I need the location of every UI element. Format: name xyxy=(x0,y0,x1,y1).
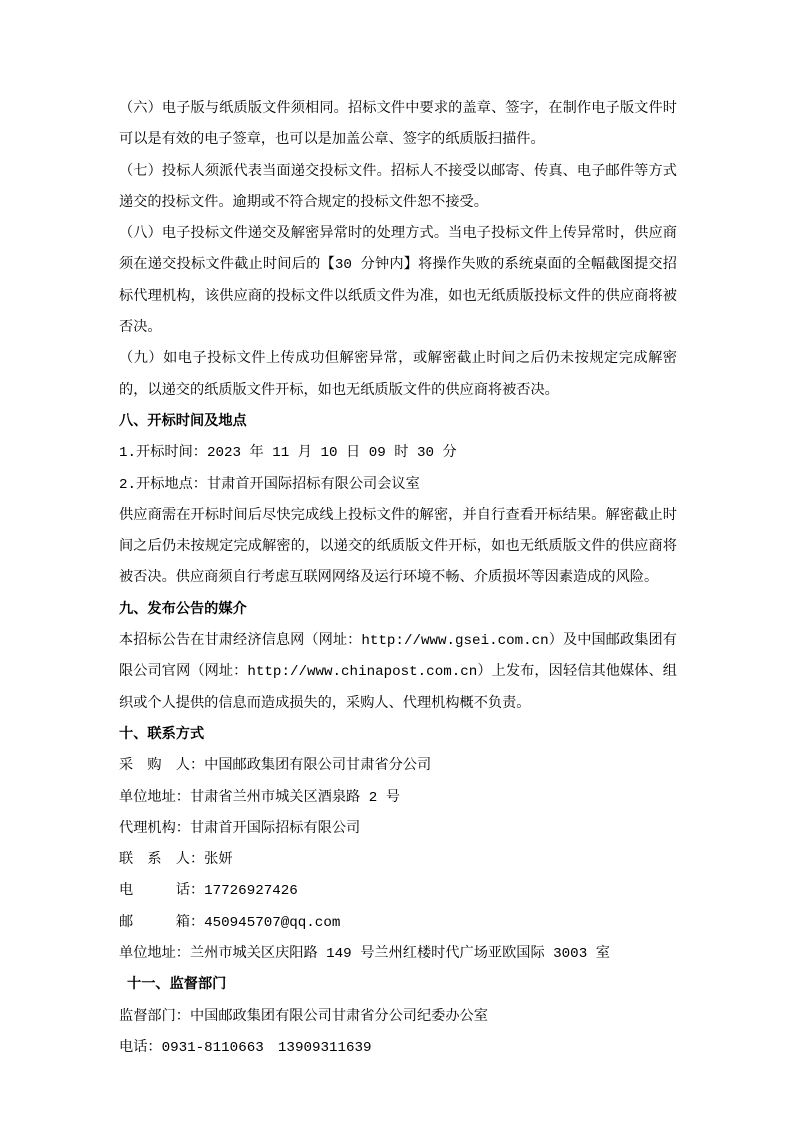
paragraph: 电话：0931-8110663 13909311639 xyxy=(119,1033,677,1064)
paragraph: （八）电子投标文件递交及解密异常时的处理方式。当电子投标文件上传异常时，供应商须… xyxy=(119,219,677,344)
paragraph: 联 系 人：张妍 xyxy=(119,845,677,876)
paragraph: 监督部门：中国邮政集团有限公司甘肃省分公司纪委办公室 xyxy=(119,1002,677,1033)
paragraph: 2.开标地点：甘肃首开国际招标有限公司会议室 xyxy=(119,470,677,501)
paragraph: 电 话：17726927426 xyxy=(119,876,677,907)
section-heading: 十一、监督部门 xyxy=(119,970,677,1001)
paragraph: （六）电子版与纸质版文件须相同。招标文件中要求的盖章、签字，在制作电子版文件时可… xyxy=(119,94,677,157)
document-content: （六）电子版与纸质版文件须相同。招标文件中要求的盖章、签字，在制作电子版文件时可… xyxy=(119,94,677,1064)
paragraph: 单位地址：甘肃省兰州市城关区酒泉路 2 号 xyxy=(119,783,677,814)
paragraph: 采 购 人：中国邮政集团有限公司甘肃省分公司 xyxy=(119,751,677,782)
paragraph: （九）如电子投标文件上传成功但解密异常，或解密截止时间之后仍未按规定完成解密的，… xyxy=(119,344,677,407)
section-heading: 八、开标时间及地点 xyxy=(119,407,677,438)
paragraph: 代理机构：甘肃首开国际招标有限公司 xyxy=(119,814,677,845)
section-heading: 九、发布公告的媒介 xyxy=(119,595,677,626)
section-heading: 十、联系方式 xyxy=(119,720,677,751)
paragraph: （七）投标人须派代表当面递交投标文件。招标人不接受以邮寄、传真、电子邮件等方式递… xyxy=(119,157,677,220)
paragraph: 1.开标时间：2023 年 11 月 10 日 09 时 30 分 xyxy=(119,438,677,469)
paragraph: 供应商需在开标时间后尽快完成线上投标文件的解密，并自行查看开标结果。解密截止时间… xyxy=(119,501,677,595)
paragraph: 单位地址：兰州市城关区庆阳路 149 号兰州红楼时代广场亚欧国际 3003 室 xyxy=(119,939,677,970)
paragraph: 邮 箱：450945707@qq.com xyxy=(119,908,677,939)
paragraph: 本招标公告在甘肃经济信息网（网址：http://www.gsei.com.cn）… xyxy=(119,626,677,720)
document-page: （六）电子版与纸质版文件须相同。招标文件中要求的盖章、签字，在制作电子版文件时可… xyxy=(0,0,793,1122)
